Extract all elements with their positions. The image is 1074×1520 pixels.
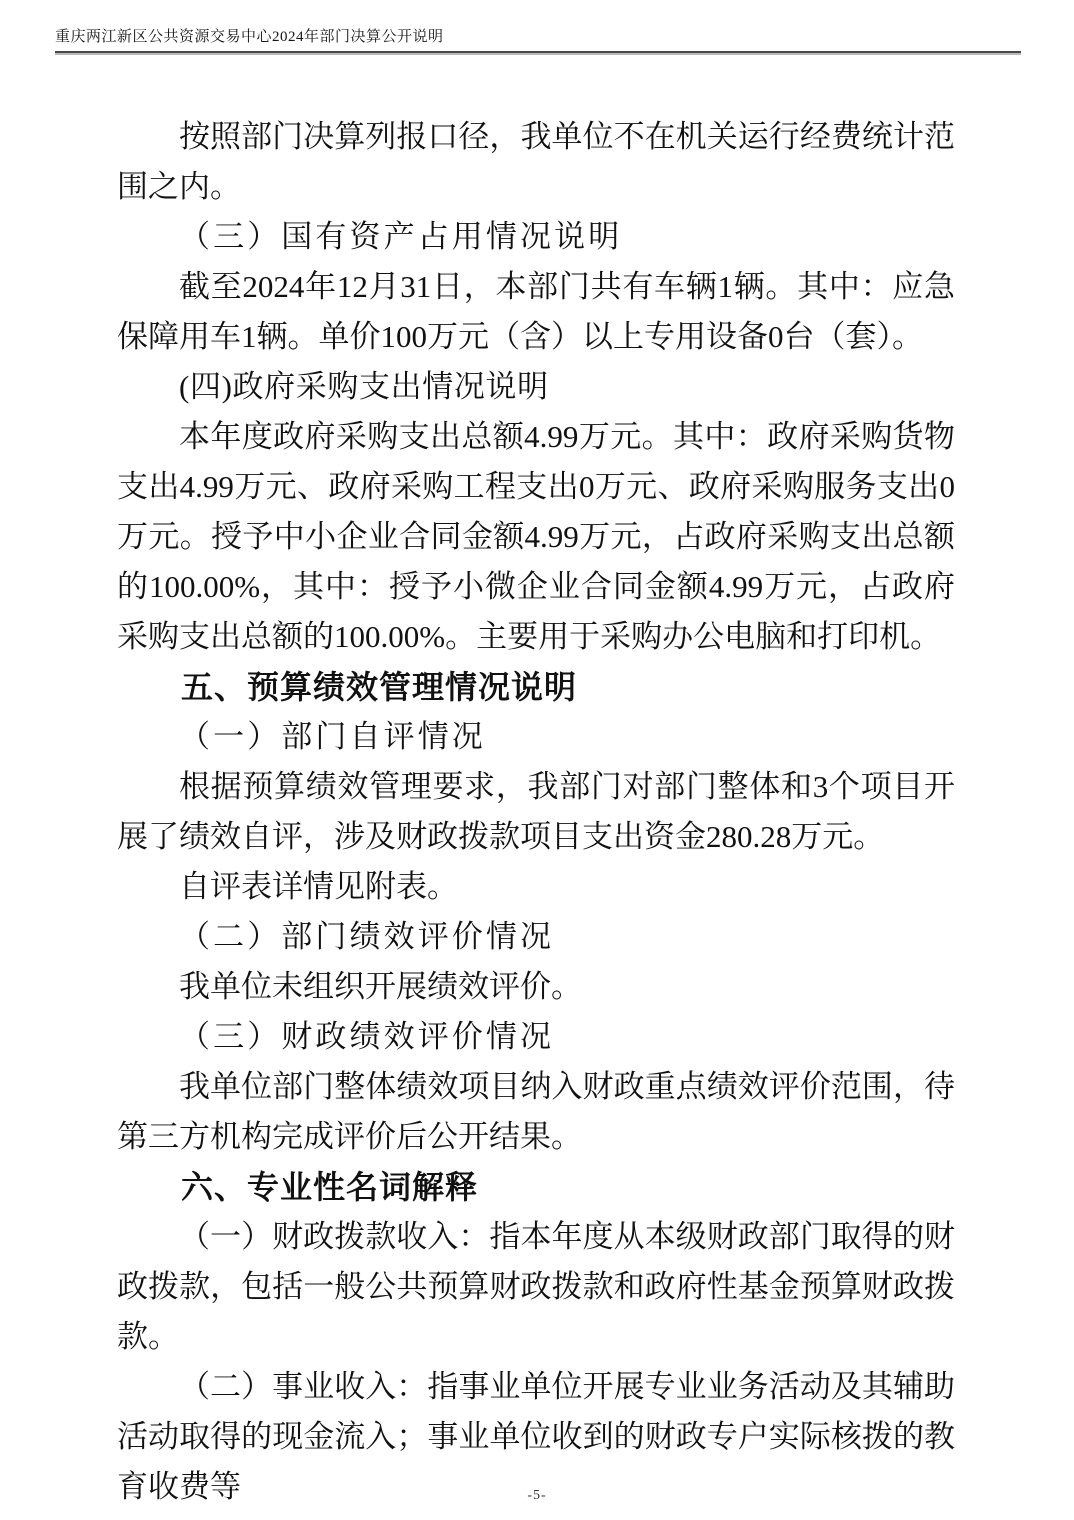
sub-heading: (四)政府采购支出情况说明	[117, 362, 955, 412]
section-heading: 六、专业性名词解释	[117, 1162, 955, 1212]
header-title: 重庆两江新区公共资源交易中心2024年部门决算公开说明	[55, 28, 1021, 46]
sub-heading: （一）部门自评情况	[117, 712, 955, 762]
sub-heading: （二）部门绩效评价情况	[117, 912, 955, 962]
body-paragraph: 截至2024年12月31日，本部门共有车辆1辆。其中：应急保障用车1辆。单价10…	[117, 262, 955, 362]
body-paragraph: 我单位部门整体绩效项目纳入财政重点绩效评价范围，待第三方机构完成评价后公开结果。	[117, 1062, 955, 1162]
body-paragraph: 本年度政府采购支出总额4.99万元。其中：政府采购货物支出4.99万元、政府采购…	[117, 412, 955, 662]
page-number: -5-	[527, 1488, 546, 1503]
body-paragraph: 根据预算绩效管理要求，我部门对部门整体和3个项目开展了绩效自评，涉及财政拨款项目…	[117, 762, 955, 862]
document-page: 重庆两江新区公共资源交易中心2024年部门决算公开说明 按照部门决算列报口径，我…	[0, 0, 1074, 1520]
sub-heading: （三）国有资产占用情况说明	[117, 212, 955, 262]
section-heading: 五、预算绩效管理情况说明	[117, 662, 955, 712]
body-paragraph: 按照部门决算列报口径，我单位不在机关运行经费统计范围之内。	[117, 112, 955, 212]
header-rule-divider	[55, 51, 1021, 53]
page-header: 重庆两江新区公共资源交易中心2024年部门决算公开说明	[55, 28, 1021, 46]
body-paragraph: 自评表详情见附表。	[117, 862, 955, 912]
sub-heading: （三）财政绩效评价情况	[117, 1012, 955, 1062]
page-footer: -5-	[0, 1486, 1074, 1504]
body-paragraph: （一）财政拨款收入：指本年度从本级财政部门取得的财政拨款，包括一般公共预算财政拨…	[117, 1212, 955, 1362]
body-paragraph: 我单位未组织开展绩效评价。	[117, 962, 955, 1012]
document-body: 按照部门决算列报口径，我单位不在机关运行经费统计范围之内。（三）国有资产占用情况…	[117, 112, 955, 1512]
